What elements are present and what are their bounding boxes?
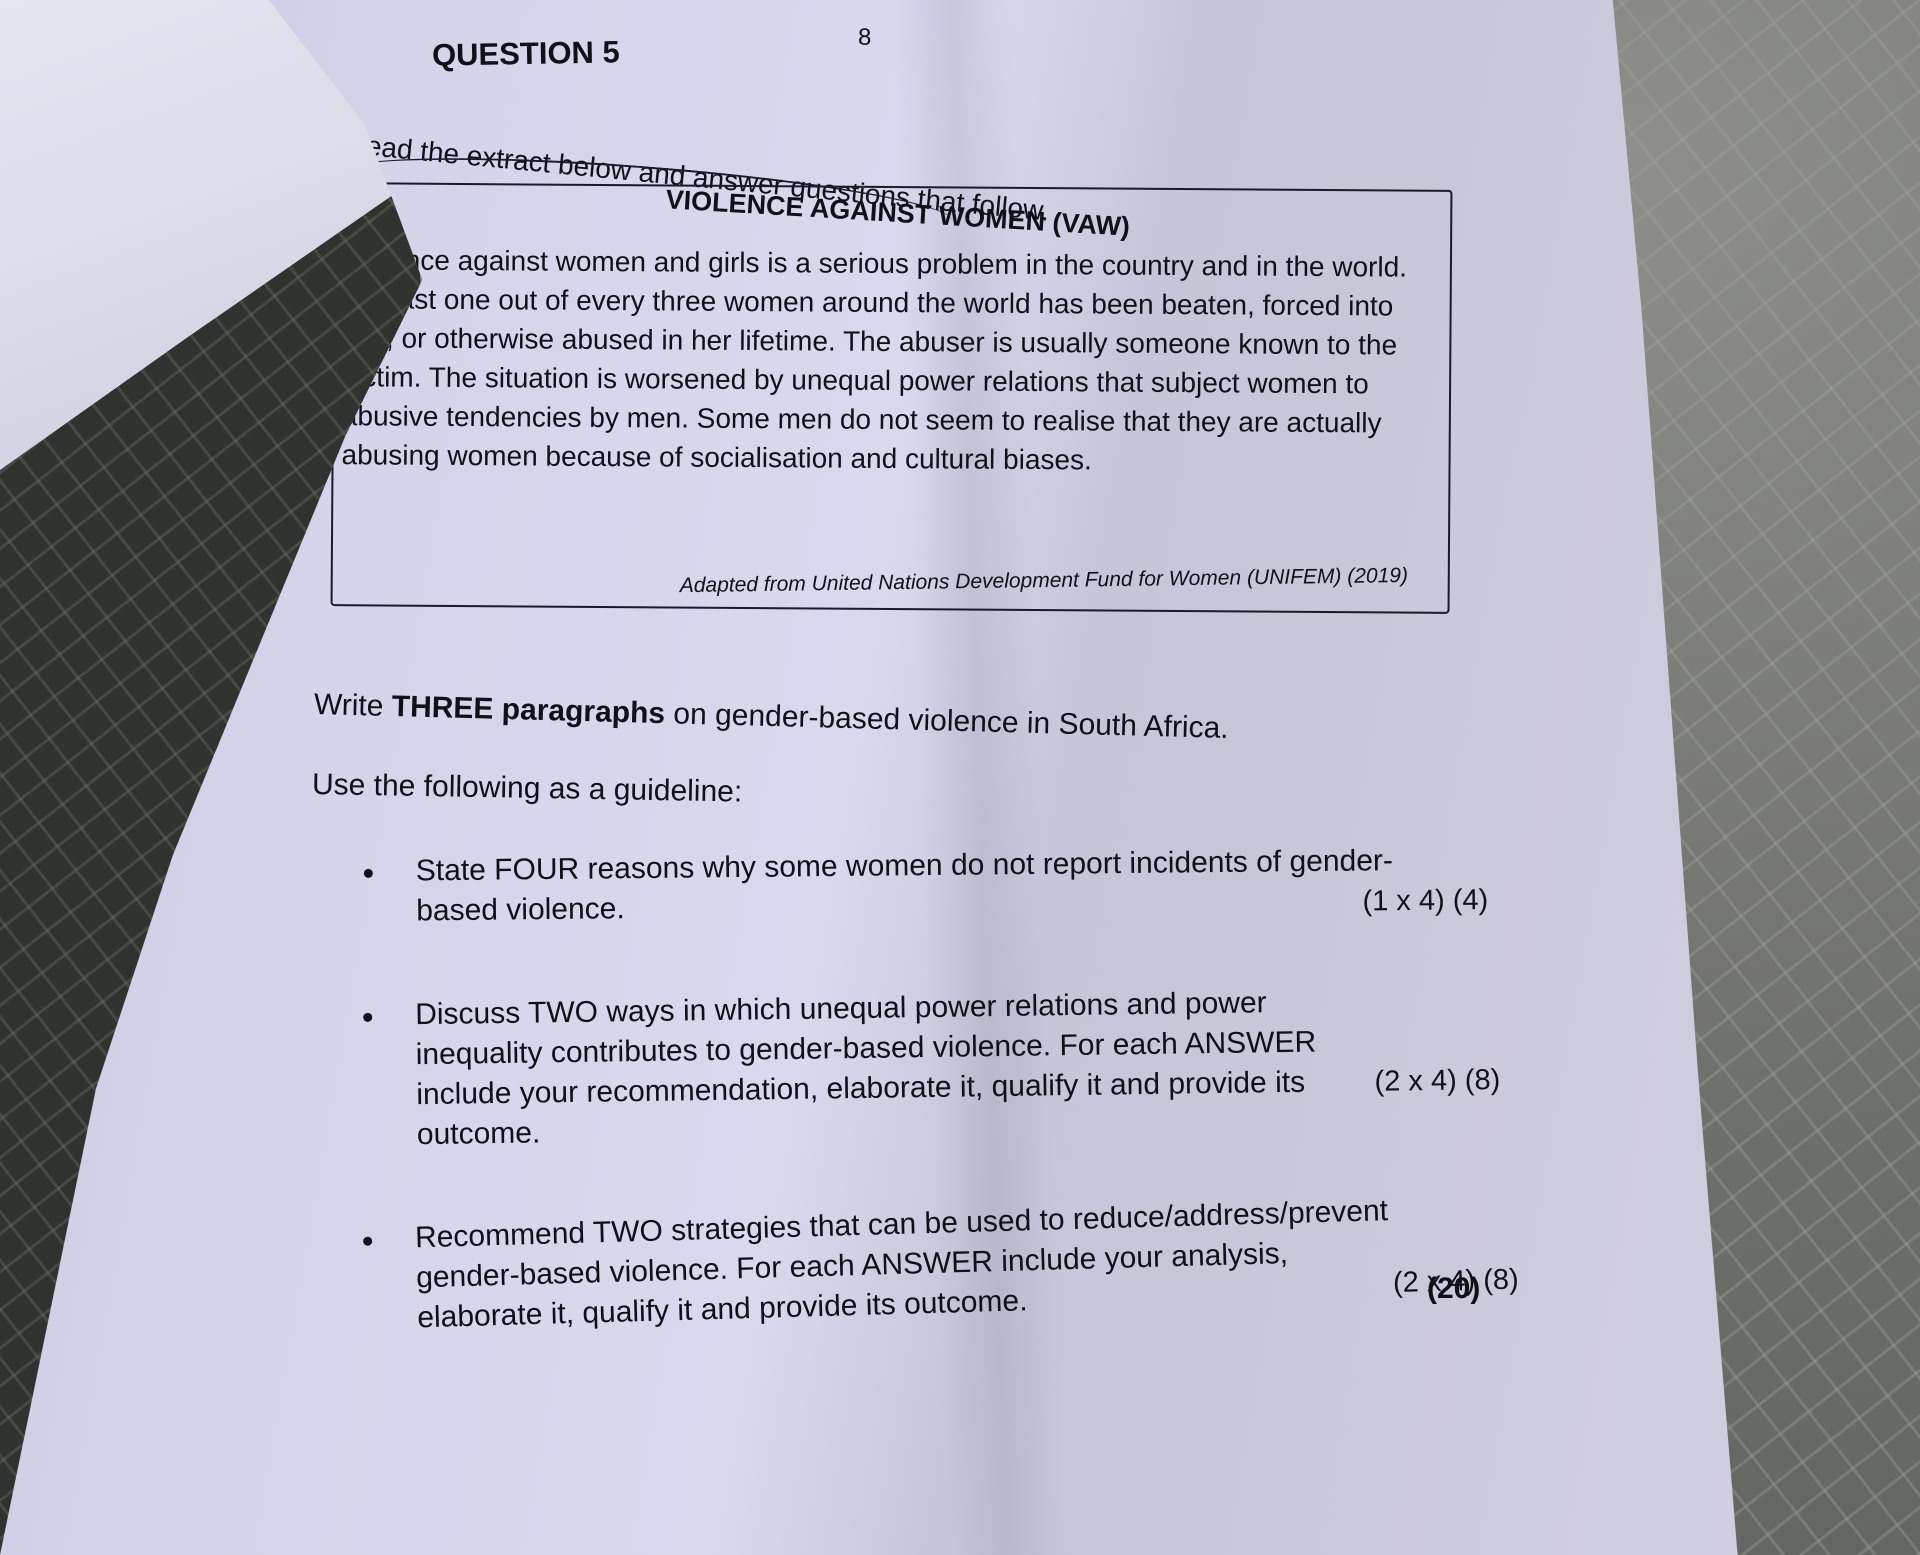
task-instruction: Write THREE paragraphs on gender-based v… bbox=[314, 688, 1229, 746]
question-title: QUESTION 5 bbox=[432, 34, 620, 73]
guideline-item: State FOUR reasons why some women do not… bbox=[360, 840, 1501, 932]
guideline-text: Recommend TWO strategies that can be use… bbox=[415, 1191, 1398, 1338]
guideline-marks: (1 x 4) (4) bbox=[1362, 880, 1488, 921]
bullet-icon bbox=[363, 1013, 372, 1022]
bullet-icon bbox=[364, 869, 373, 878]
extract-title: VIOLENCE AGAINST WOMEN (VAW) bbox=[665, 184, 1131, 243]
task-suffix: on gender-based violence in South Africa… bbox=[665, 697, 1229, 745]
extract-source: Adapted from United Nations Development … bbox=[679, 564, 1408, 598]
guideline-list: State FOUR reasons why some women do not… bbox=[360, 846, 1500, 1386]
guideline-label: Use the following as a guideline: bbox=[312, 768, 743, 810]
total-marks: (20) bbox=[1427, 1272, 1480, 1306]
guideline-marks: (2 x 4) (8) bbox=[1374, 1060, 1500, 1102]
guideline-text: Discuss TWO ways in which unequal power … bbox=[415, 982, 1397, 1156]
guideline-item: Discuss TWO ways in which unequal power … bbox=[359, 980, 1501, 1156]
page-number: 8 bbox=[858, 24, 871, 52]
bullet-icon bbox=[363, 1237, 372, 1246]
task-emphasis: THREE paragraphs bbox=[391, 690, 665, 730]
extract-box: VIOLENCE AGAINST WOMEN (VAW) Violence ag… bbox=[331, 182, 1453, 614]
guideline-text: State FOUR reasons why some women do not… bbox=[416, 841, 1397, 931]
task-prefix: Write bbox=[314, 688, 393, 723]
extract-body: Violence against women and girls is a se… bbox=[341, 240, 1423, 482]
guideline-item: Recommend TWO strategies that can be use… bbox=[359, 1188, 1502, 1340]
